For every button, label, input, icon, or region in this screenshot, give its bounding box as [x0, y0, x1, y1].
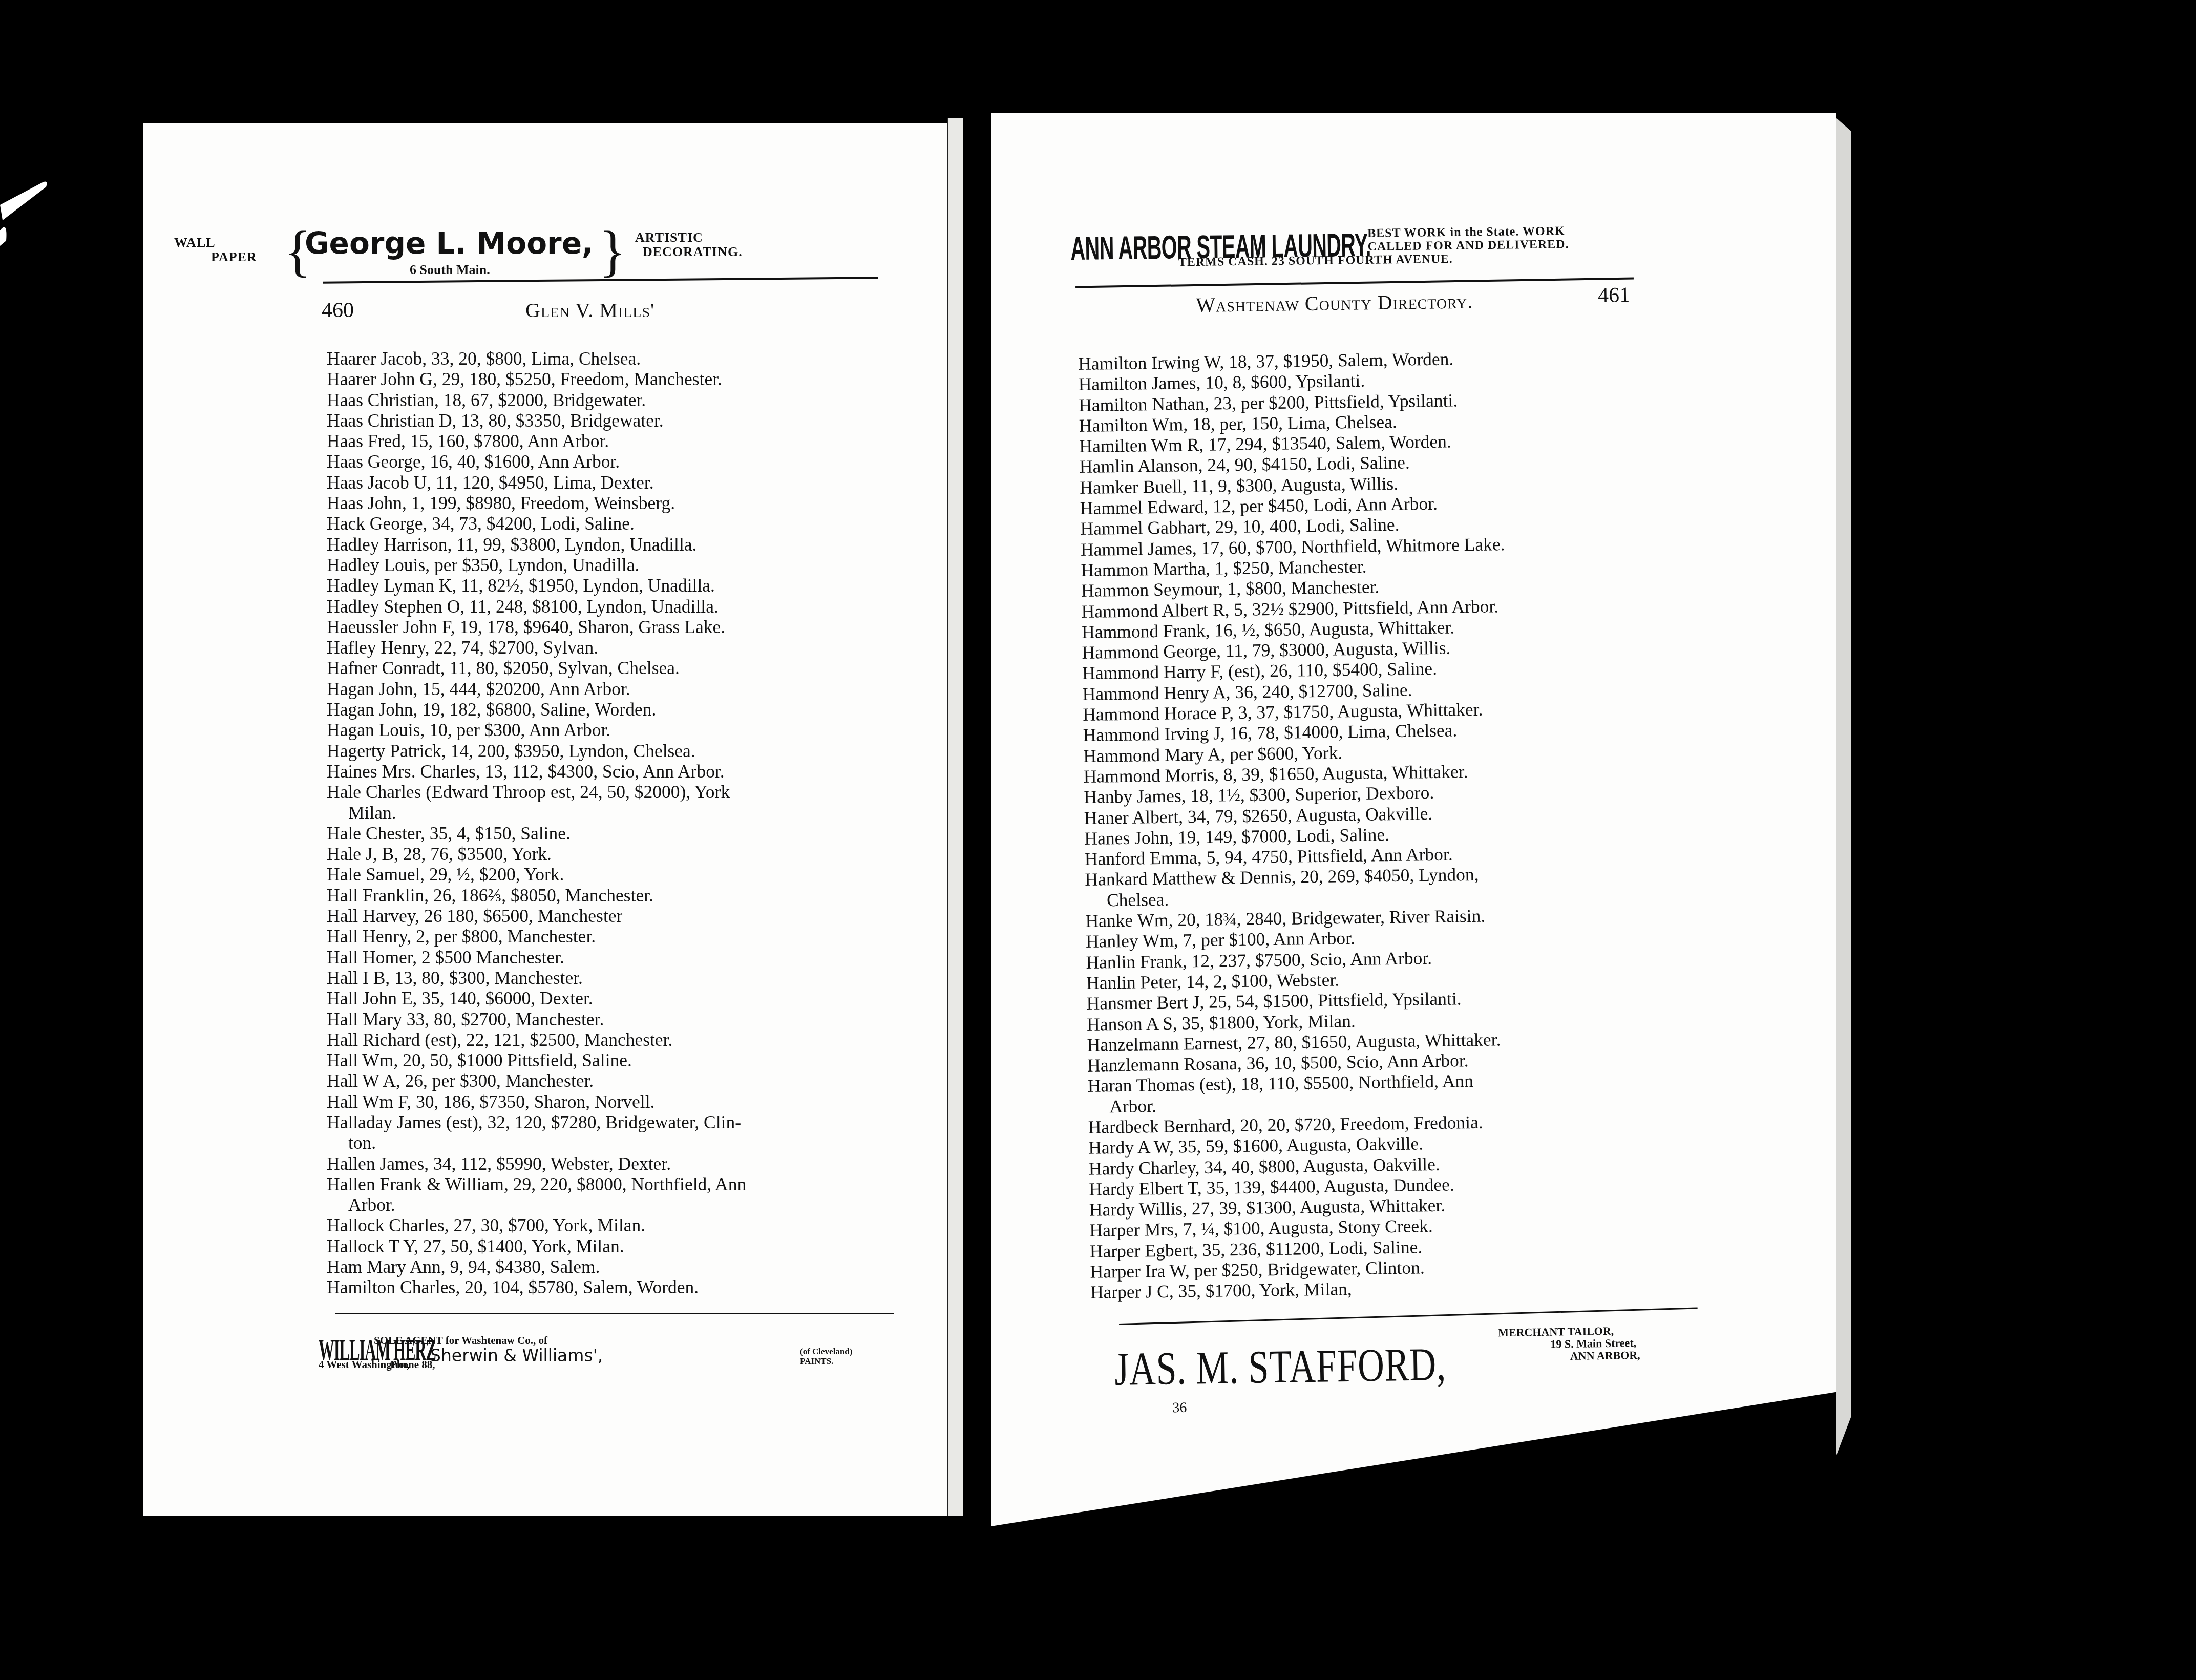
entry-text: Hack George, 34, 73, $4200, Lodi, Saline… [327, 513, 635, 534]
entry-text: Haarer Jacob, 33, 20, $800, Lima, Chelse… [327, 348, 641, 369]
entry-text: Hammon Martha, 1, $250, Manchester. [1081, 556, 1366, 580]
directory-entry: Hall Homer, 2 $500 Manchester. [327, 947, 746, 968]
entry-text: Hammond Mary A, per $600, York. [1083, 742, 1342, 766]
directory-entry: Ham Mary Ann, 9, 94, $4380, Salem. [327, 1256, 746, 1277]
entry-text: Hallock T Y, 27, 50, $1400, York, Milan. [327, 1236, 624, 1256]
entry-text: Hanlin Frank, 12, 237, $7500, Scio, Ann … [1086, 948, 1432, 973]
directory-entry: Hagan John, 15, 444, $20200, Ann Arbor. [327, 679, 746, 699]
entry-text: Hale Charles (Edward Throop est, 24, 50,… [327, 782, 730, 802]
directory-entry: Hall Henry, 2, per $800, Manchester. [327, 926, 746, 947]
directory-entry: Hallock Charles, 27, 30, $700, York, Mil… [327, 1215, 746, 1235]
entry-text: Haas George, 16, 40, $1600, Ann Arbor. [327, 451, 620, 472]
entry-continuation: Milan. [327, 803, 746, 823]
directory-entry: Hale Chester, 35, 4, $150, Saline. [327, 823, 746, 844]
directory-entries-left: Haarer Jacob, 33, 20, $800, Lima, Chelse… [327, 348, 746, 1298]
directory-entry: Hadley Harrison, 11, 99, $3800, Lyndon, … [327, 534, 746, 555]
right-brace-icon: } [599, 225, 626, 277]
entry-text: Hadley Lyman K, 11, 82½, $1950, Lyndon, … [327, 575, 715, 596]
entry-text: Hadley Stephen O, 11, 248, $8100, Lyndon… [327, 596, 719, 617]
entry-text: Harper Ira W, per $250, Bridgewater, Cli… [1090, 1257, 1425, 1282]
directory-entry: Hall Franklin, 26, 186⅔, $8050, Manchest… [327, 885, 746, 906]
directory-entry: Hagan John, 19, 182, $6800, Saline, Word… [327, 699, 746, 720]
entry-text: Hagan John, 15, 444, $20200, Ann Arbor. [327, 679, 630, 699]
directory-entry: Haas Fred, 15, 160, $7800, Ann Arbor. [327, 431, 746, 451]
directory-entry: Hale J, B, 28, 76, $3500, York. [327, 844, 746, 864]
directory-entry: Haas Christian D, 13, 80, $3350, Bridgew… [327, 410, 746, 431]
entry-text: Hall Richard (est), 22, 121, $2500, Manc… [327, 1030, 672, 1050]
directory-entry: Hadley Louis, per $350, Lyndon, Unadilla… [327, 555, 746, 575]
scan-margin-mark [0, 169, 49, 246]
header-ad-steam-laundry: ANN ARBOR STEAM LAUNDRY. BEST WORK in th… [1070, 218, 1665, 287]
entry-text: Hamilton Charles, 20, 104, $5780, Salem,… [327, 1277, 699, 1297]
entry-text: Haas Christian, 18, 67, $2000, Bridgewat… [327, 390, 646, 410]
ad-wall-paper-label: WALL PAPER [174, 236, 257, 264]
entry-text: Hall Wm F, 30, 186, $7350, Sharon, Norve… [327, 1091, 654, 1112]
directory-entry: Hamilton Charles, 20, 104, $5780, Salem,… [327, 1277, 746, 1297]
ad-brand-note: (of Cleveland) PAINTS. [800, 1347, 852, 1366]
entry-text: Hall W A, 26, per $300, Manchester. [327, 1070, 594, 1091]
entry-text: Hagerty Patrick, 14, 200, $3950, Lyndon,… [327, 741, 695, 761]
directory-entry: Hale Charles (Edward Throop est, 24, 50,… [327, 782, 746, 823]
running-head: Glen V. Mills' [525, 298, 654, 322]
directory-entry: Haas Christian, 18, 67, $2000, Bridgewat… [327, 390, 746, 410]
entry-text: Hall Henry, 2, per $800, Manchester. [327, 926, 596, 947]
directory-entry: Hale Samuel, 29, ½, $200, York. [327, 864, 746, 885]
ad-business-name: JAS. M. STAFFORD, [1114, 1337, 1446, 1396]
directory-entry: Haines Mrs. Charles, 13, 112, $4300, Sci… [327, 761, 746, 782]
directory-entry: Haarer John G, 29, 180, $5250, Freedom, … [327, 369, 746, 389]
entry-text: Hagan John, 19, 182, $6800, Saline, Word… [327, 699, 656, 720]
ad-business-name: George L. Moore, [305, 225, 593, 261]
entry-text: Haarer John G, 29, 180, $5250, Freedom, … [327, 369, 722, 389]
ad-brand: Sherwin & Williams', [430, 1346, 603, 1366]
directory-entry: Haas George, 16, 40, $1600, Ann Arbor. [327, 451, 746, 472]
ad-line-2: CALLED FOR AND DELIVERED. [1367, 238, 1569, 254]
entry-text: Hall Franklin, 26, 186⅔, $8050, Manchest… [327, 885, 653, 906]
entry-text: Hall Mary 33, 80, $2700, Manchester. [327, 1009, 604, 1030]
ad-line-3: TERMS CASH. 23 SOUTH FOURTH AVENUE. [1178, 253, 1453, 270]
entry-text: Ham Mary Ann, 9, 94, $4380, Salem. [327, 1256, 600, 1277]
entry-text: Hadley Louis, per $350, Lyndon, Unadilla… [327, 555, 639, 575]
directory-entry: Hagan Louis, 10, per $300, Ann Arbor. [327, 720, 746, 740]
entry-text: Hall Wm, 20, 50, $1000 Pittsfield, Salin… [327, 1050, 632, 1070]
ad-phone: Phone 88, [390, 1358, 435, 1371]
entry-text: Hamilton James, 10, 8, $600, Ypsilanti. [1079, 370, 1365, 394]
directory-entry: Hagerty Patrick, 14, 200, $3950, Lyndon,… [327, 741, 746, 761]
entry-text: Hagan Louis, 10, per $300, Ann Arbor. [327, 720, 610, 740]
directory-entry: Hall Richard (est), 22, 121, $2500, Manc… [327, 1030, 746, 1050]
left-page-edge [947, 118, 963, 1516]
footer-ad-stafford: JAS. M. STAFFORD, MERCHANT TAILOR, 19 S.… [1114, 1322, 1699, 1414]
footer-ad-william-herz: WILLIAM HERZ SOLE AGENT for Washtenaw Co… [319, 1329, 902, 1380]
entry-text: Harper J C, 35, $1700, York, Milan, [1090, 1279, 1352, 1303]
entry-text: Hale J, B, 28, 76, $3500, York. [327, 844, 552, 864]
footer-rule [335, 1313, 894, 1314]
ad-artistic-decorating-label: ARTISTIC DECORATING. [635, 230, 743, 259]
ad-address: 6 South Main. [410, 262, 490, 278]
entry-text: Haas Fred, 15, 160, $7800, Ann Arbor. [327, 431, 609, 451]
directory-entries-right: Hamilton Irwing W, 18, 37, $1950, Salem,… [1078, 348, 1515, 1303]
directory-entry: Hafner Conradt, 11, 80, $2050, Sylvan, C… [327, 658, 746, 678]
directory-entry: Hall W A, 26, per $300, Manchester. [327, 1070, 746, 1091]
directory-entry: Hadley Lyman K, 11, 82½, $1950, Lyndon, … [327, 575, 746, 596]
entry-text: Hafner Conradt, 11, 80, $2050, Sylvan, C… [327, 658, 680, 678]
directory-entry: Haarer Jacob, 33, 20, $800, Lima, Chelse… [327, 348, 746, 369]
directory-entry: Haas Jacob U, 11, 120, $4950, Lima, Dext… [327, 472, 746, 493]
directory-entry: Haran Thomas (est), 18, 110, $5500, Nort… [1087, 1070, 1512, 1117]
entry-text: Hale Chester, 35, 4, $150, Saline. [327, 823, 571, 844]
running-head: Washtenaw County Directory. [1196, 289, 1473, 317]
entry-text: Hale Samuel, 29, ½, $200, York. [327, 864, 564, 885]
entry-text: Hallock Charles, 27, 30, $700, York, Mil… [327, 1215, 645, 1235]
directory-entry: Hall Harvey, 26 180, $6500, Manchester [327, 906, 746, 926]
directory-entry: Hankard Matthew & Dennis, 20, 269, $4050… [1085, 864, 1509, 910]
directory-entry: Hallock T Y, 27, 50, $1400, York, Milan. [327, 1236, 746, 1256]
entry-continuation: ton. [327, 1132, 746, 1153]
entry-text: Hanley Wm, 7, per $100, Ann Arbor. [1086, 928, 1355, 952]
entry-text: Halladay James (est), 32, 120, $7280, Br… [327, 1112, 741, 1132]
entry-text: Hall I B, 13, 80, $300, Manchester. [327, 968, 583, 988]
directory-entry: Hafley Henry, 22, 74, $2700, Sylvan. [327, 637, 746, 658]
directory-entry: Hallen James, 34, 112, $5990, Webster, D… [327, 1153, 746, 1174]
page-number: 461 [1598, 283, 1631, 308]
entry-text: Haines Mrs. Charles, 13, 112, $4300, Sci… [327, 761, 725, 782]
directory-entry: Halladay James (est), 32, 120, $7280, Br… [327, 1112, 746, 1153]
directory-entry: Haeussler John F, 19, 178, $9640, Sharon… [327, 617, 746, 637]
directory-entry: Hallen Frank & William, 29, 220, $8000, … [327, 1174, 746, 1215]
entry-text: Haas John, 1, 199, $8980, Freedom, Weins… [327, 493, 675, 513]
directory-entry: Hall John E, 35, 140, $6000, Dexter. [327, 988, 746, 1009]
running-header-right: Washtenaw County Directory. 461 [1196, 289, 1473, 317]
directory-entry: Hall Wm F, 30, 186, $7350, Sharon, Norve… [327, 1091, 746, 1112]
directory-entry: Hadley Stephen O, 11, 248, $8100, Lyndon… [327, 596, 746, 617]
entry-text: Haeussler John F, 19, 178, $9640, Sharon… [327, 617, 725, 637]
entry-text: Hadley Harrison, 11, 99, $3800, Lyndon, … [327, 534, 696, 555]
directory-entry: Hall Mary 33, 80, $2700, Manchester. [327, 1009, 746, 1030]
entry-text: Hanlin Peter, 14, 2, $100, Webster. [1086, 969, 1339, 993]
entry-text: Hall Harvey, 26 180, $6500, Manchester [327, 906, 622, 926]
directory-entry: Hall Wm, 20, 50, $1000 Pittsfield, Salin… [327, 1050, 746, 1070]
signature-mark: 36 [1172, 1400, 1187, 1416]
entry-text: Hanson A S, 35, $1800, York, Milan. [1087, 1011, 1356, 1035]
directory-entry: Hall I B, 13, 80, $300, Manchester. [327, 968, 746, 988]
entry-text: Hall Homer, 2 $500 Manchester. [327, 947, 564, 968]
right-page-edge [1836, 118, 1851, 1470]
entry-continuation: Arbor. [327, 1194, 746, 1215]
entry-text: Hallen Frank & William, 29, 220, $8000, … [327, 1174, 746, 1194]
entry-text: Hall John E, 35, 140, $6000, Dexter. [327, 988, 593, 1009]
entry-text: Hallen James, 34, 112, $5990, Webster, D… [327, 1153, 671, 1174]
directory-entry: Haas John, 1, 199, $8980, Freedom, Weins… [327, 493, 746, 513]
directory-entry: Hack George, 34, 73, $4200, Lodi, Saline… [327, 513, 746, 534]
entry-text: Haas Christian D, 13, 80, $3350, Bridgew… [327, 410, 664, 431]
ad-address-block: MERCHANT TAILOR, 19 S. Main Street, ANN … [1498, 1325, 1640, 1363]
entry-text: Hafley Henry, 22, 74, $2700, Sylvan. [327, 637, 598, 658]
page-number: 460 [322, 298, 354, 323]
entry-text: Haas Jacob U, 11, 120, $4950, Lima, Dext… [327, 472, 654, 493]
